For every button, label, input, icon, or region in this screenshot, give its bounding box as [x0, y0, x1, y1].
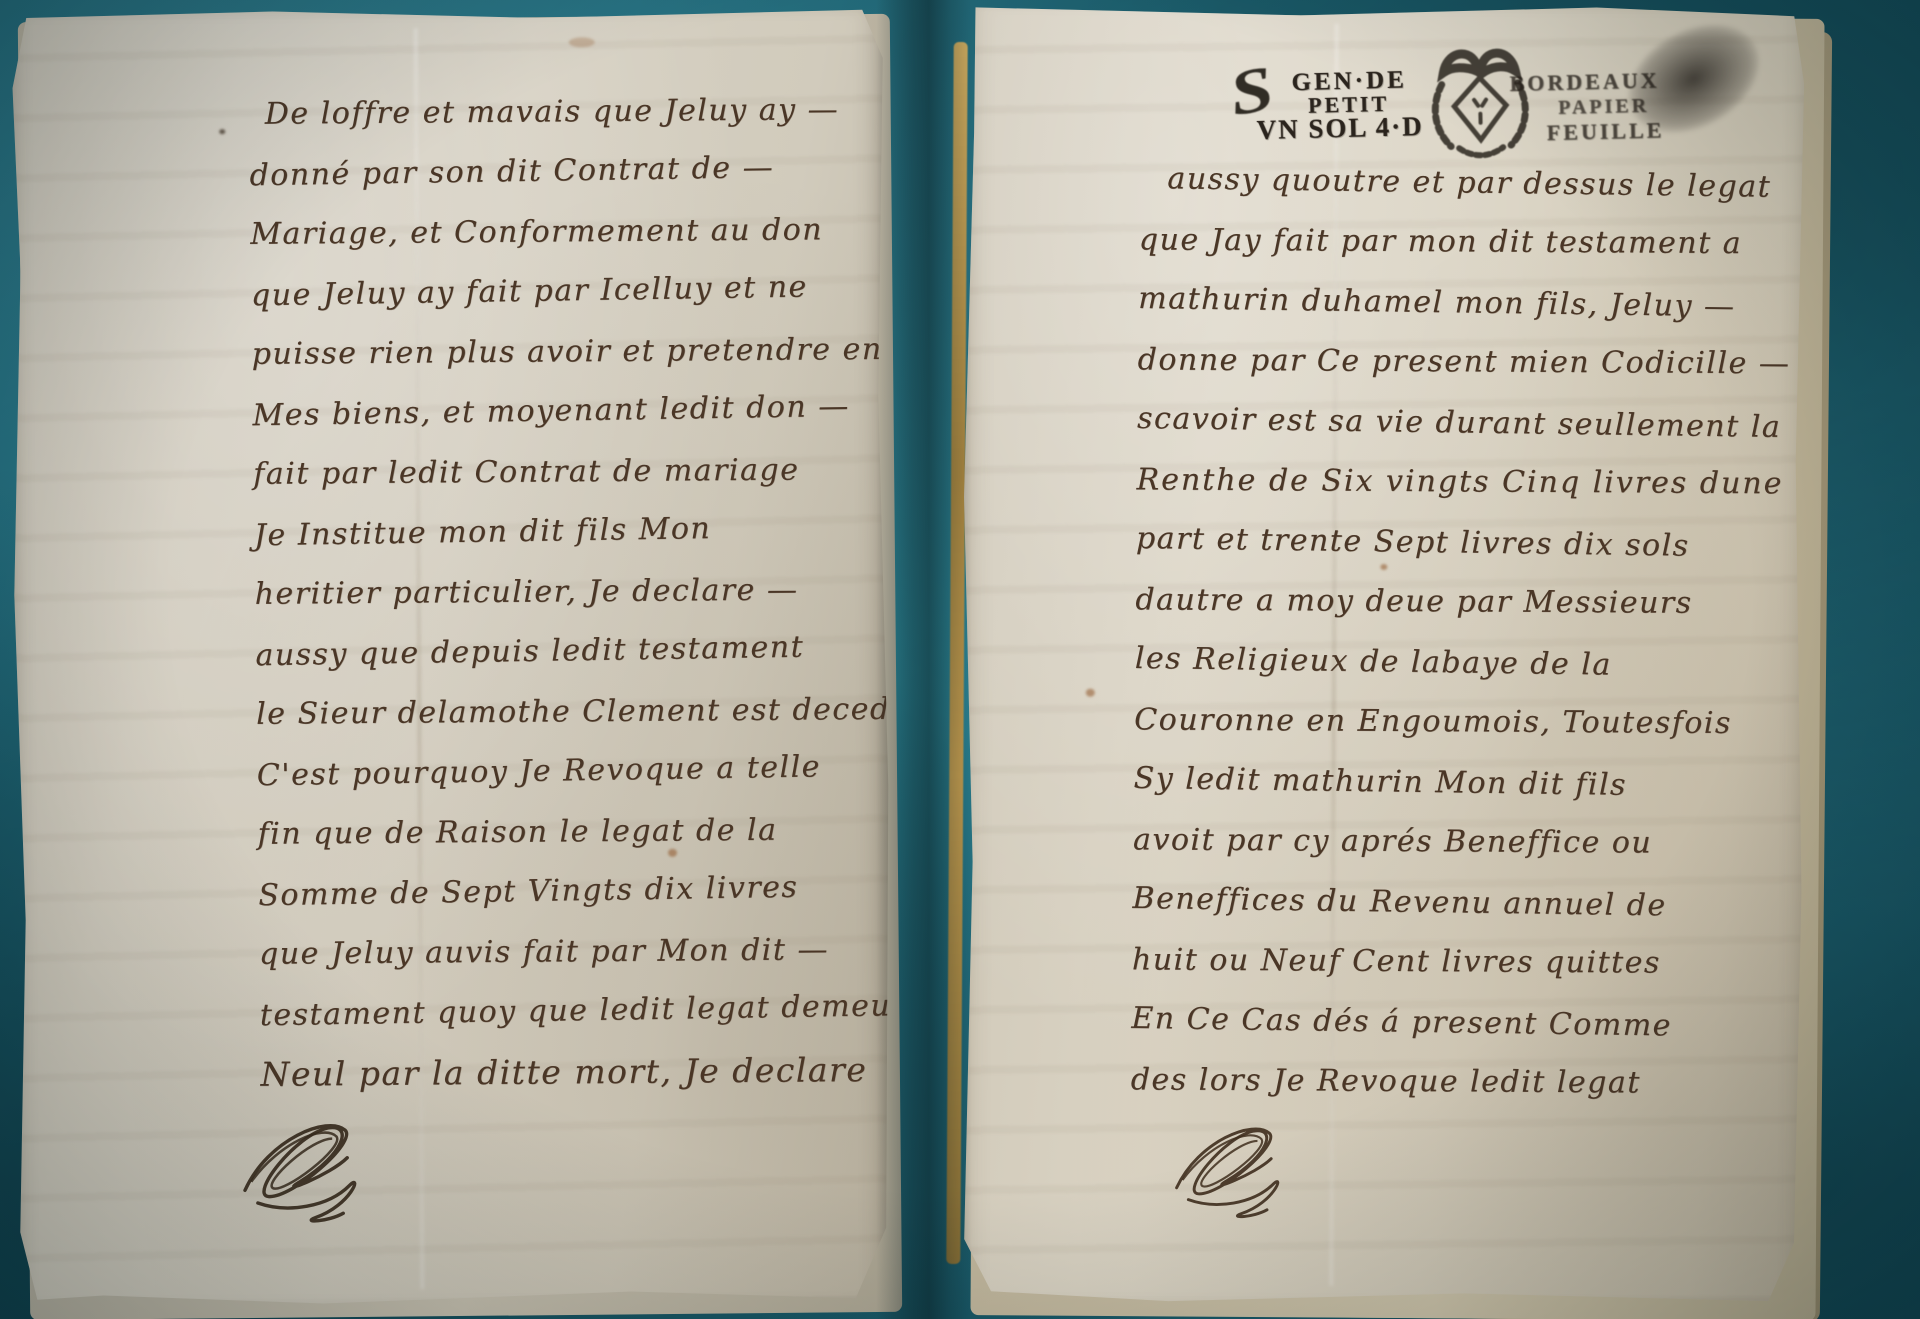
manuscript-line: heritier particulier, Je declare — [254, 560, 874, 625]
generalite-stamp-line3: VN SOL 4·D [1256, 113, 1424, 144]
right-page: S GEN·DE PETIT VN SOL 4·D BORDEAUX PAPIE… [957, 2, 1808, 1308]
manuscript-line: fin que de Raison le legat de la [257, 800, 877, 865]
paraph-signature [1152, 1111, 1313, 1230]
manuscript-line: Je Institue mon dit fils Mon [253, 497, 874, 567]
gilt-fore-edge [946, 42, 967, 1264]
manuscript-photo: S GEN·DE PETIT VN SOL 4·D BORDEAUX PAPIE… [0, 0, 1920, 1319]
stain [569, 37, 595, 47]
manuscript-line: Sy ledit mathurin Mon dit fils [1133, 749, 1754, 818]
manuscript-line: avoit par cy aprés Beneffice ou [1133, 810, 1753, 874]
manuscript-line: le Sieur delamothe Clement est decedé — [256, 680, 876, 745]
right-page-text: aussy quoutre et par dessus le legat que… [1131, 149, 1760, 1115]
manuscript-line: En Ce Cas dés á present Comme [1131, 989, 1752, 1058]
armorial-crest-stamp-icon [1423, 40, 1538, 163]
manuscript-line: Mariage, et Conformement au don [250, 200, 870, 265]
manuscript-line: fait par ledit Contrat de mariage [253, 440, 873, 505]
manuscript-line: des lors Je Revoque ledit legat [1131, 1050, 1751, 1114]
left-page: De loffre et mavais que Jeluy ay — donné… [9, 6, 896, 1311]
manuscript-line: Somme de Sept Vingts dix livres [258, 857, 879, 927]
left-page-text: De loffre et mavais que Jeluy ay — donné… [248, 78, 880, 1105]
foxing-spot [668, 849, 677, 857]
manuscript-line: aussy que depuis ledit testament [255, 617, 876, 687]
manuscript-line: Beneffices du Revenu annuel de [1132, 869, 1753, 938]
foxing-spot [1380, 564, 1387, 570]
manuscript-line: Neul par la ditte mort, Je declare [260, 1040, 880, 1105]
manuscript-line: donné par son dit Contrat de — [249, 137, 870, 207]
manuscript-line: que Jeluy ay fait par Icelluy et ne [251, 257, 872, 327]
manuscript-line: que Jeluy auvis fait par Mon dit — [259, 920, 879, 985]
manuscript-line: scavoir est sa vie durant seullement la [1137, 389, 1758, 458]
manuscript-line: puisse rien plus avoir et pretendre en [252, 320, 872, 385]
tax-stamps: S GEN·DE PETIT VN SOL 4·D BORDEAUX PAPIE… [960, 0, 1810, 234]
manuscript-line: Couronne en Engoumois, Toutesfois [1134, 690, 1754, 754]
foxing-spot [1086, 689, 1095, 697]
manuscript-line: les Religieux de labaye de la [1134, 629, 1755, 698]
manuscript-line: dautre a moy deue par Messieurs [1135, 570, 1755, 634]
manuscript-line: Renthe de Six vingts Cinq livres dune [1136, 450, 1756, 514]
manuscript-line: donne par Ce present mien Codicille — [1138, 330, 1758, 394]
manuscript-line: De loffre et mavais que Jeluy ay — [265, 80, 869, 145]
manuscript-line: huit ou Neuf Cent livres quittes [1132, 930, 1752, 994]
manuscript-line: testament quoy que ledit legat demeure [259, 977, 880, 1047]
manuscript-line: Mes biens, et moyenant ledit don — [252, 377, 873, 447]
manuscript-line: C'est pourquoy Je Revoque a telle [256, 737, 877, 807]
manuscript-line: mathurin duhamel mon fils, Jeluy — [1138, 269, 1759, 338]
paraph-signature [219, 1106, 392, 1235]
manuscript-line: part et trente Sept livres dix sols [1136, 509, 1757, 578]
ink-fleck [219, 129, 225, 134]
